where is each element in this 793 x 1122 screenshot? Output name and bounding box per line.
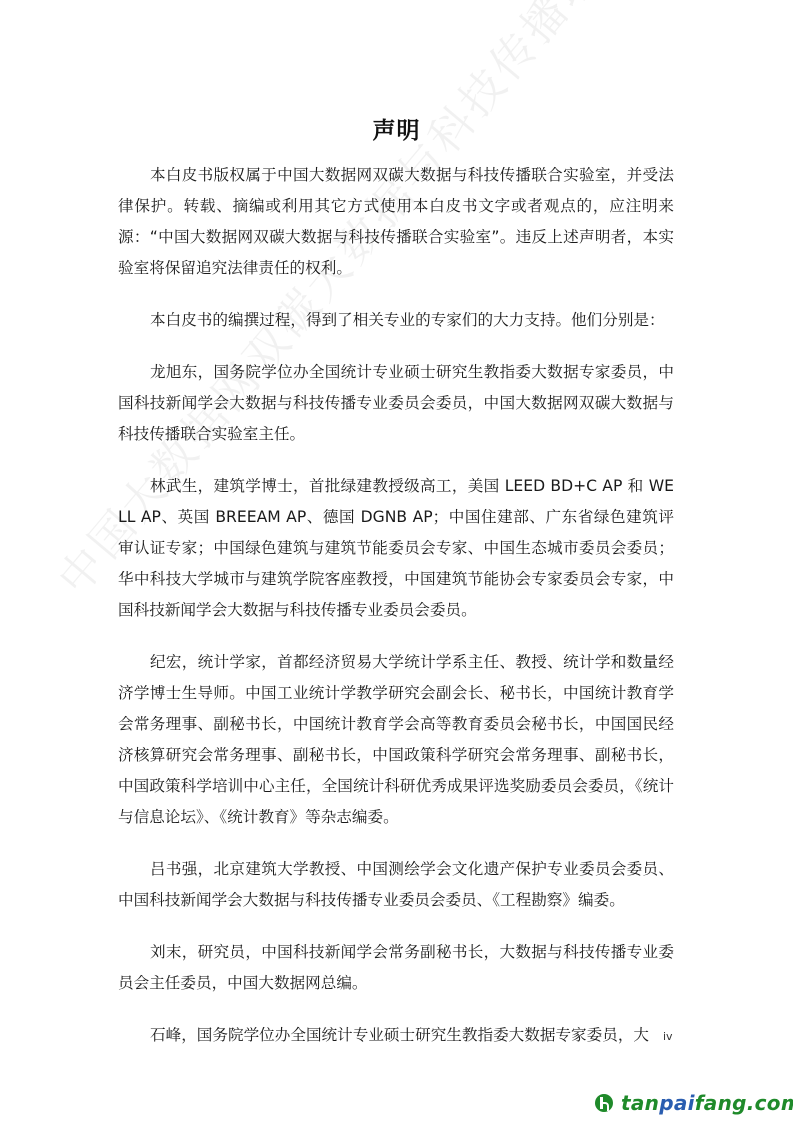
acknowledgement-intro-paragraph: 本白皮书的编撰过程，得到了相关专业的专家们的大力支持。他们分别是： [118,305,674,336]
expert-paragraph-ji-hong: 纪宏，统计学家，首都经济贸易大学统计学系主任、教授、统计学和数量经济学博士生导师… [118,647,674,833]
expert-paragraph-shi-feng: 石峰，国务院学位办全国统计专业硕士研究生教指委大数据专家委员，大 [118,1020,674,1051]
page-title: 声明 [0,112,793,145]
expert-paragraph-lv-shuqiang: 吕书强，北京建筑大学教授、中国测绘学会文化遗产保护专业委员会委员、中国科技新闻学… [118,854,674,916]
logo-part-fang: fang.com [695,1091,793,1115]
logo-part-tan: tan [621,1091,659,1115]
logo-wordmark: tanpaifang.com [621,1091,793,1115]
copyright-paragraph: 本白皮书版权属于中国大数据网双碳大数据与科技传播联合实验室，并受法律保护。转载、… [118,160,674,284]
tanpaifang-leaf-icon [595,1094,613,1112]
statement-body: 本白皮书版权属于中国大数据网双碳大数据与科技传播联合实验室，并受法律保护。转载、… [118,160,674,1072]
document-page: 中国大数据网双碳大数据与科技传播联合实验室 声明 本白皮书版权属于中国大数据网双… [0,0,793,1122]
tanpaifang-logo: tanpaifang.com [595,1092,793,1114]
logo-part-pai: pai [659,1091,695,1115]
page-number: iv [663,1030,673,1043]
expert-paragraph-long-xudong: 龙旭东，国务院学位办全国统计专业硕士研究生教指委大数据专家委员，中国科技新闻学会… [118,357,674,450]
expert-paragraph-lin-wusheng: 林武生，建筑学博士，首批绿建教授级高工，美国 LEED BD+C AP 和 WE… [118,471,674,626]
expert-paragraph-liu-mo: 刘末，研究员，中国科技新闻学会常务副秘书长，大数据与科技传播专业委员会主任委员，… [118,937,674,999]
